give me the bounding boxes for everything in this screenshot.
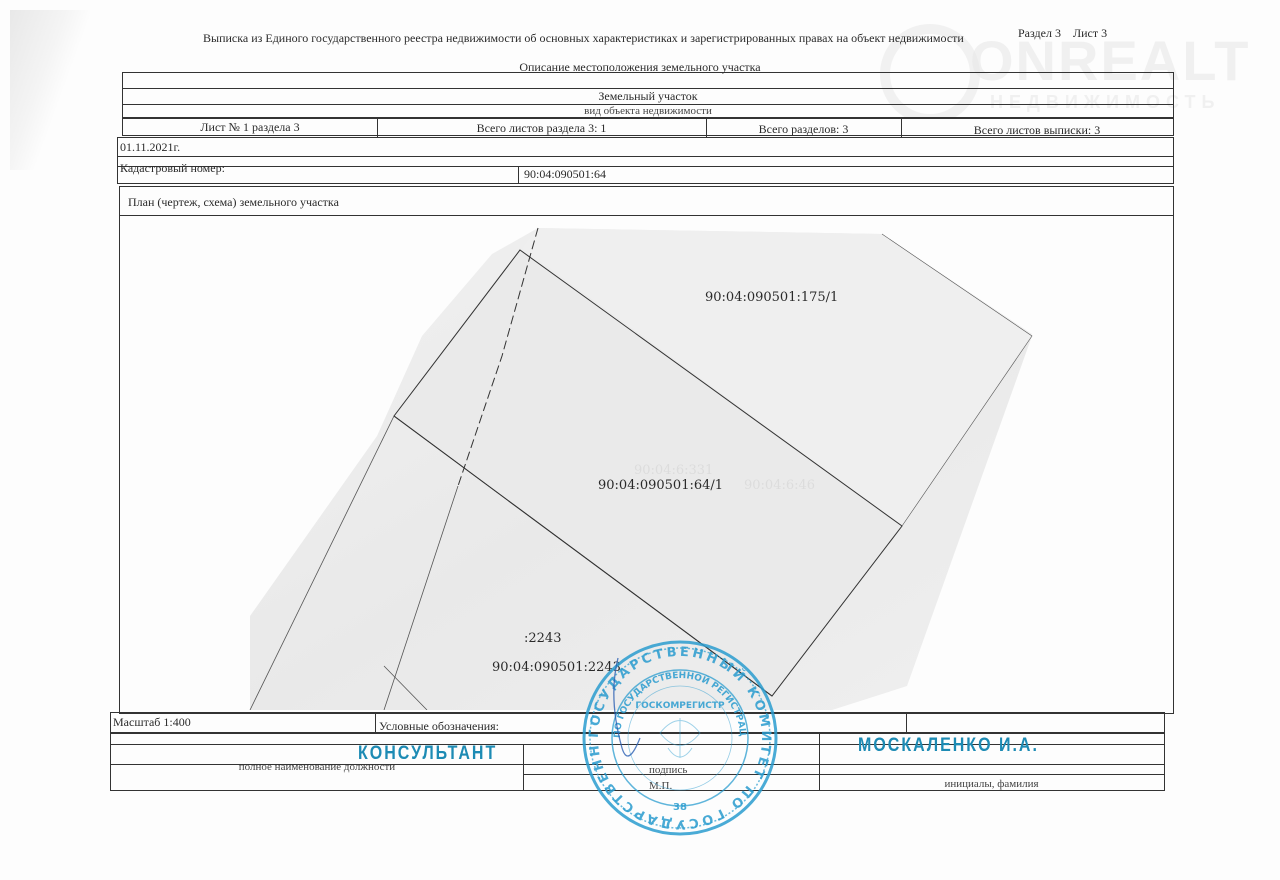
official-seal: ГОСУДАРСТВЕННЫЙ КОМИТЕТ ПО ГОСУДАРСТВЕНН… <box>580 638 780 838</box>
object-type: Земельный участок <box>123 89 1173 104</box>
svg-text:ГОСКОМРЕГИСТР: ГОСКОМРЕГИСТР <box>635 701 725 711</box>
object-type-caption: вид объекта недвижимости <box>123 105 1173 117</box>
cadastral-block: 01.11.2021г. Кадастровый номер: 90:04:09… <box>117 137 1174 184</box>
extract-date: 01.11.2021г. <box>120 140 180 155</box>
parcel-label-short-south: :2243 <box>524 631 561 646</box>
parcel-label-faint-right: 90:04:6:46 <box>744 478 815 493</box>
seal-icon: ГОСУДАРСТВЕННЫЙ КОМИТЕТ ПО ГОСУДАРСТВЕНН… <box>580 638 780 838</box>
name-stamp: МОСКАЛЕНКО И.А. <box>858 735 1039 757</box>
scale-value: Масштаб 1:400 <box>113 715 191 730</box>
section-sheet-number: Раздел 3 Лист 3 <box>1018 26 1107 41</box>
cadastral-number: 90:04:090501:64 <box>524 167 606 182</box>
document-title: Выписка из Единого государственного реес… <box>203 31 964 46</box>
sections-total: Всего разделов: 3 <box>706 122 901 137</box>
name-caption: инициалы, фамилия <box>819 778 1164 790</box>
sheets-in-section: Всего листов раздела 3: 1 <box>377 121 706 136</box>
legend-label: Условные обозначения: <box>379 719 499 734</box>
sheets-total: Всего листов выписки: 3 <box>901 123 1173 138</box>
sheet-info-row: Лист № 1 раздела 3 Всего листов раздела … <box>122 118 1174 136</box>
parcel-plan-map[interactable]: 90:04:090501:175/1 90:04:6:331 90:04:090… <box>122 216 1172 710</box>
plan-title: План (чертеж, схема) земельного участка <box>128 195 339 210</box>
parcel-label-main: 90:04:090501:64/1 <box>598 478 723 493</box>
sheet-number: Лист № 1 раздела 3 <box>123 120 377 135</box>
scan-page-edge <box>10 10 90 170</box>
parcel-label-faint-top: 90:04:6:331 <box>634 463 713 478</box>
parcel-label-north: 90:04:090501:175/1 <box>705 290 838 305</box>
svg-text:38: 38 <box>673 802 687 813</box>
cadastral-label: Кадастровый номер: <box>120 161 225 176</box>
position-stamp: КОНСУЛЬТАНТ <box>358 743 497 765</box>
